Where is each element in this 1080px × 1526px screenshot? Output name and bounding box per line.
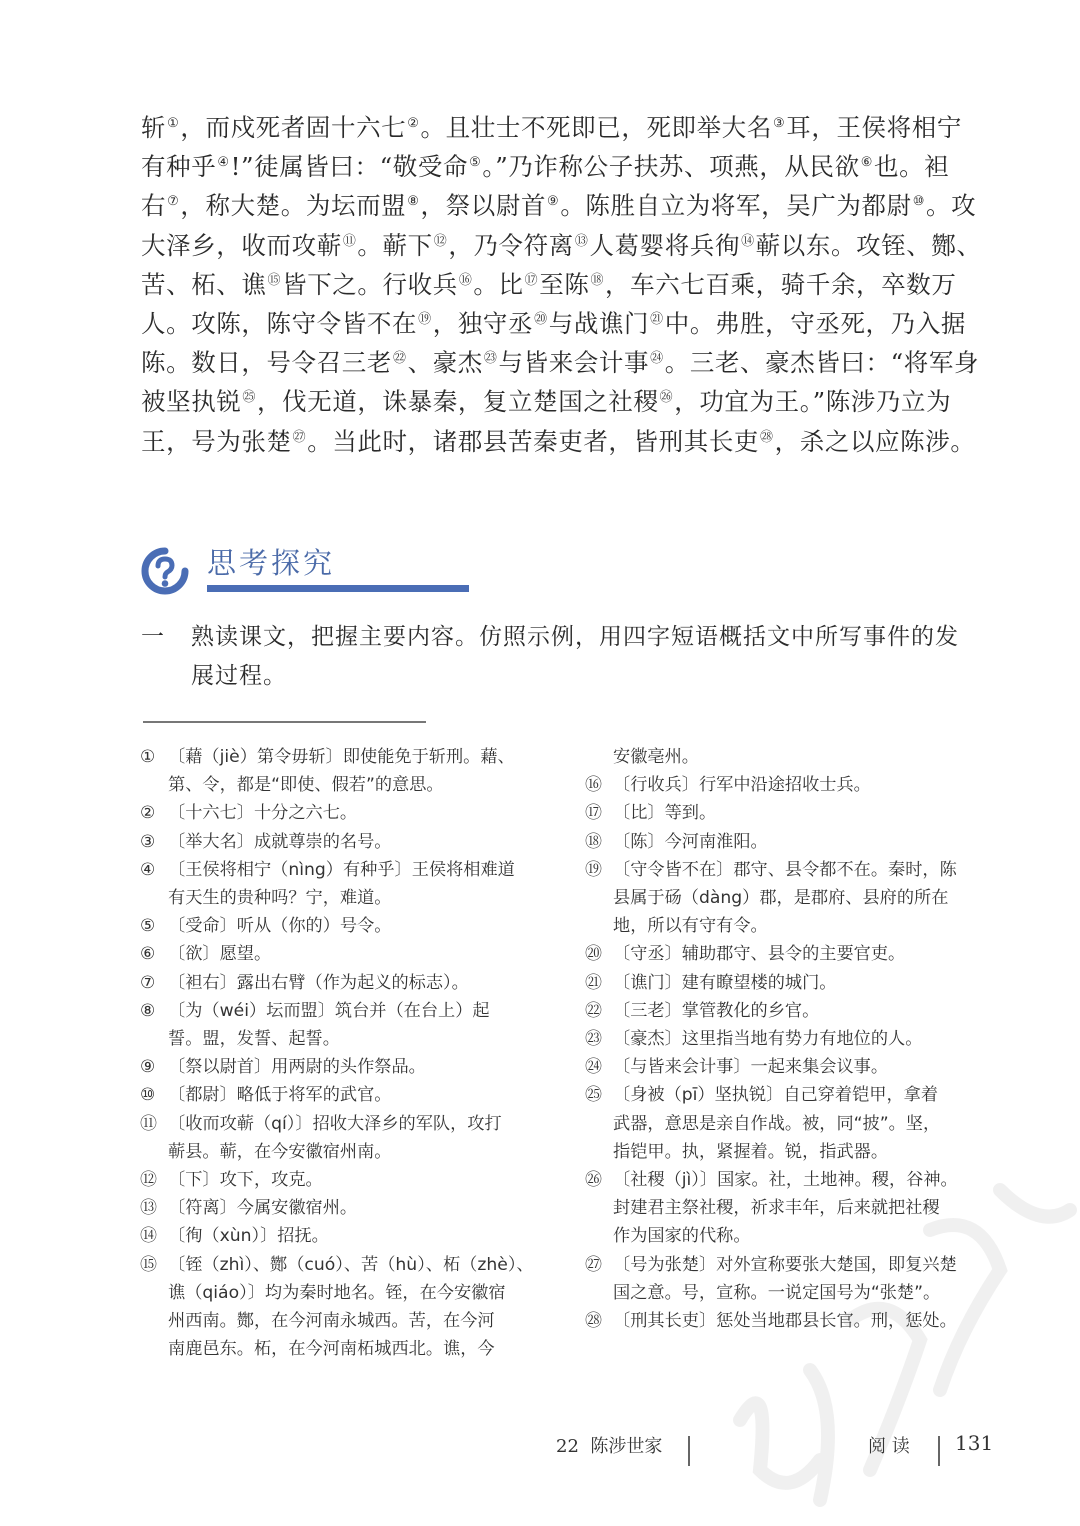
footnote-number: ⑦ bbox=[140, 969, 155, 997]
footnote-line: 〔刑其长吏〕惩处当地郡县长官。刑，惩处。 bbox=[613, 1307, 995, 1335]
footnote-line: 地，所以有守有令。 bbox=[613, 912, 995, 940]
footnote-line: 〔三老〕掌管教化的乡官。 bbox=[613, 997, 995, 1025]
footnote-item: ⑥〔欲〕愿望。 bbox=[140, 940, 550, 968]
passage-text: 有种乎 bbox=[141, 152, 216, 181]
footnote-line: 〔祭以尉首〕用两尉的头作祭品。 bbox=[168, 1053, 550, 1081]
passage-text: 大泽乡，收而攻蕲 bbox=[141, 231, 342, 260]
passage-text: 陈。数日，号令召三老 bbox=[141, 348, 392, 377]
footnote-line: 〔为（wéi）坛而盟〕筑台并（在台上）起 bbox=[168, 997, 550, 1025]
footnote-number: ⑧ bbox=[140, 997, 155, 1025]
footnote-number: ⑩ bbox=[140, 1081, 155, 1109]
footnote-line: 〔举大名〕成就尊崇的名号。 bbox=[168, 828, 550, 856]
passage-line: 有种乎④!”徒属皆曰：“敬受命⑤。”乃诈称公子扶苏、项燕，从民欲⑥也。袒 bbox=[141, 147, 987, 186]
footnote-number: ⑰ bbox=[585, 799, 602, 827]
footnote-number: ⑤ bbox=[140, 912, 155, 940]
passage-text: 。且壮士不死即已，死即举大名 bbox=[421, 113, 772, 142]
footnote-line: 〔王侯将相宁（nìng）有种乎〕王侯将相难道 bbox=[168, 856, 550, 884]
footnote-item: ⑤〔受命〕听从（你的）号令。 bbox=[140, 912, 550, 940]
footnote-marker[interactable]: ㉗ bbox=[293, 430, 307, 445]
passage-text: 右 bbox=[141, 191, 166, 220]
footnote-marker[interactable]: ⑭ bbox=[741, 234, 755, 249]
footnote-number: ⑲ bbox=[585, 856, 602, 884]
footnote-number: ㉘ bbox=[585, 1307, 602, 1335]
footnote-number: ⑬ bbox=[140, 1194, 157, 1222]
footnote-line: 〔比〕等到。 bbox=[613, 799, 995, 827]
footnote-line: 州西南。酂，在今河南永城西。苦，在今河 bbox=[168, 1307, 550, 1335]
passage-text: 皆下之。行收兵 bbox=[282, 270, 458, 299]
passage-text: 。”乃诈称公子扶苏、项燕，从民欲 bbox=[482, 152, 859, 181]
section-header: 思考探究 bbox=[141, 541, 341, 597]
footnote-line: 〔符离〕今属安徽宿州。 bbox=[168, 1194, 550, 1222]
footnote-marker[interactable]: ⑤ bbox=[469, 155, 481, 170]
passage-text: ，乃令符离 bbox=[448, 231, 574, 260]
footnote-item: ㉔〔与皆来会计事〕一起来集会议事。 bbox=[585, 1053, 995, 1081]
footnote-item: ⑫〔下〕攻下，攻克。 bbox=[140, 1166, 550, 1194]
footnote-marker[interactable]: ⑱ bbox=[590, 273, 604, 288]
footnote-marker[interactable]: ③ bbox=[773, 116, 785, 131]
footnote-marker[interactable]: ⑥ bbox=[861, 155, 873, 170]
footnote-number: ⑪ bbox=[140, 1110, 157, 1138]
footnote-line: 〔与皆来会计事〕一起来集会议事。 bbox=[613, 1053, 995, 1081]
footer-divider-right bbox=[938, 1436, 940, 1466]
footnotes-right-column: 安徽亳州。⑯〔行收兵〕行军中沿途招收士兵。⑰〔比〕等到。⑱〔陈〕今河南淮阳。⑲〔… bbox=[585, 743, 995, 1335]
footnote-line: 〔社稷（jì）〕国家。社，土地神。稷，谷神。 bbox=[613, 1166, 995, 1194]
main-passage: 斩①，而戍死者固十六七②。且壮士不死即已，死即举大名③耳，王侯将相宁有种乎④!”… bbox=[141, 108, 987, 461]
footnote-number: ㉑ bbox=[585, 969, 602, 997]
passage-line: 大泽乡，收而攻蕲⑪。蕲下⑫，乃令符离⑬人葛婴将兵徇⑭蕲以东。攻铚、酂、 bbox=[141, 226, 987, 265]
footnote-number: ④ bbox=[140, 856, 155, 884]
footer-lesson-title: 22 陈涉世家 bbox=[556, 1432, 662, 1458]
footnote-number: ㉕ bbox=[585, 1081, 602, 1109]
footnote-item: ⑩〔都尉〕略低于将军的武官。 bbox=[140, 1081, 550, 1109]
footnote-number: ㉖ bbox=[585, 1166, 602, 1194]
passage-text: 。蕲下 bbox=[357, 231, 432, 260]
footnote-marker[interactable]: ⑦ bbox=[167, 194, 179, 209]
passage-line: 右⑦，称大楚。为坛而盟⑧，祭以尉首⑨。陈胜自立为将军，吴广为都尉⑩。攻 bbox=[141, 186, 987, 225]
footnote-item: ⑦〔袒右〕露出右臂（作为起义的标志）。 bbox=[140, 969, 550, 997]
footnote-number: ⑮ bbox=[140, 1251, 157, 1279]
footnote-number: ㉒ bbox=[585, 997, 602, 1025]
passage-text: 人。攻陈，陈守令皆不在 bbox=[141, 309, 417, 338]
footnote-line: 〔号为张楚〕对外宣称要张大楚国，即复兴楚 bbox=[613, 1251, 995, 1279]
footnote-marker[interactable]: ① bbox=[167, 116, 179, 131]
footnote-line: 〔袒右〕露出右臂（作为起义的标志）。 bbox=[168, 969, 550, 997]
footnote-line: 〔徇（xùn）〕招抚。 bbox=[168, 1222, 550, 1250]
footnote-divider bbox=[143, 721, 426, 723]
footnote-item: ④〔王侯将相宁（nìng）有种乎〕王侯将相难道有天生的贵种吗？宁，难道。 bbox=[140, 856, 550, 912]
footnote-marker[interactable]: ② bbox=[407, 116, 419, 131]
footnote-item: ②〔十六七〕十分之六七。 bbox=[140, 799, 550, 827]
footnote-item: ㉓〔豪杰〕这里指当地有势力有地位的人。 bbox=[585, 1025, 995, 1053]
footnote-item: ③〔举大名〕成就尊崇的名号。 bbox=[140, 828, 550, 856]
footnote-item: ㉑〔谯门〕建有瞭望楼的城门。 bbox=[585, 969, 995, 997]
passage-text: 也。袒 bbox=[874, 152, 949, 181]
passage-text: 。陈胜自立为将军，吴广为都尉 bbox=[560, 191, 911, 220]
footnote-item: ㉘〔刑其长吏〕惩处当地郡县长官。刑，惩处。 bbox=[585, 1307, 995, 1335]
footnote-line: 〔陈〕今河南淮阳。 bbox=[613, 828, 995, 856]
footnote-number: ㉓ bbox=[585, 1025, 602, 1053]
footnote-number: ⑭ bbox=[140, 1222, 157, 1250]
footnote-marker[interactable]: ㉑ bbox=[650, 312, 664, 327]
footnote-line: 南鹿邑东。柘，在今河南柘城西北。谯，今 bbox=[168, 1335, 550, 1363]
footnote-number: ⑥ bbox=[140, 940, 155, 968]
footnote-line: 安徽亳州。 bbox=[613, 743, 995, 771]
footer-divider-left bbox=[688, 1436, 690, 1466]
passage-text: 耳，王侯将相宁 bbox=[786, 113, 962, 142]
footnote-marker[interactable]: ⑬ bbox=[575, 234, 589, 249]
footnote-marker[interactable]: ⑲ bbox=[418, 312, 432, 327]
footnote-number: ⑨ bbox=[140, 1053, 155, 1081]
passage-text: 中。弗胜，守丞死，乃入据 bbox=[665, 309, 966, 338]
footnote-marker[interactable]: ⑳ bbox=[534, 312, 548, 327]
passage-text: 与战谯门 bbox=[549, 309, 649, 338]
passage-text: 与皆来会计事 bbox=[499, 348, 650, 377]
question-circle-icon bbox=[141, 547, 189, 595]
passage-text: 被坚执锐 bbox=[141, 387, 241, 416]
passage-line: 被坚执锐㉕，伐无道，诛暴秦，复立楚国之社稷㉖，功宜为王。”陈涉乃立为 bbox=[141, 382, 987, 421]
passage-text: ，伐无道，诛暴秦，复立楚国之社稷 bbox=[257, 387, 659, 416]
footnote-number: ① bbox=[140, 743, 155, 771]
question-text: 熟读课文，把握主要内容。仿照示例，用四字短语概括文中所写事件的发 展过程。 bbox=[191, 618, 991, 696]
passage-line: 人。攻陈，陈守令皆不在⑲，独守丞⑳与战谯门㉑中。弗胜，守丞死，乃入据 bbox=[141, 304, 987, 343]
passage-line: 陈。数日，号令召三老㉒、豪杰㉓与皆来会计事㉔。三老、豪杰皆曰：“将军身 bbox=[141, 343, 987, 382]
footnote-line: 〔谯门〕建有瞭望楼的城门。 bbox=[613, 969, 995, 997]
footnote-line: 蕲县。蕲，在今安徽宿州南。 bbox=[168, 1138, 550, 1166]
footnote-number: ③ bbox=[140, 828, 155, 856]
passage-text: 至陈 bbox=[539, 270, 589, 299]
section-title: 思考探究 bbox=[207, 541, 335, 582]
footnote-item: ⑯〔行收兵〕行军中沿途招收士兵。 bbox=[585, 771, 995, 799]
footnote-line: 〔身被（pī）坚执锐〕自己穿着铠甲，拿着 bbox=[613, 1081, 995, 1109]
footnote-line: 〔铚（zhì）、酂（cuó）、苦（hù）、柘（zhè）、 bbox=[168, 1251, 550, 1279]
footnote-line: 〔行收兵〕行军中沿途招收士兵。 bbox=[613, 771, 995, 799]
footnote-marker[interactable]: ⑧ bbox=[407, 194, 419, 209]
question-line: 展过程。 bbox=[191, 657, 991, 696]
passage-text: ，称大楚。为坛而盟 bbox=[180, 191, 406, 220]
footnote-marker[interactable]: ⑫ bbox=[434, 234, 448, 249]
footnote-line: 指铠甲。执，紧握着。锐，指武器。 bbox=[613, 1138, 995, 1166]
footnote-line: 第、令，都是“即使、假若”的意思。 bbox=[168, 771, 550, 799]
footnote-marker[interactable]: ⑨ bbox=[547, 194, 559, 209]
passage-text: 。三老、豪杰皆曰：“将军身 bbox=[665, 348, 979, 377]
passage-text: ，而戍死者固十六七 bbox=[180, 113, 406, 142]
footnote-line: 〔都尉〕略低于将军的武官。 bbox=[168, 1081, 550, 1109]
passage-text: 。攻 bbox=[926, 191, 976, 220]
footnote-item: ⑭〔徇（xùn）〕招抚。 bbox=[140, 1222, 550, 1250]
footnote-item: ⑪〔收而攻蕲（qí）〕招收大泽乡的军队，攻打蕲县。蕲，在今安徽宿州南。 bbox=[140, 1110, 550, 1166]
footnote-line: 有天生的贵种吗？宁，难道。 bbox=[168, 884, 550, 912]
footnote-item: ⑳〔守丞〕辅助郡守、县令的主要官吏。 bbox=[585, 940, 995, 968]
footnote-item: ㉒〔三老〕掌管教化的乡官。 bbox=[585, 997, 995, 1025]
footnote-line: 〔守丞〕辅助郡守、县令的主要官吏。 bbox=[613, 940, 995, 968]
footnote-item: ①〔藉（jiè）第令毋斩〕即使能免于斩刑。藉、第、令，都是“即使、假若”的意思。 bbox=[140, 743, 550, 799]
footnote-item: ㉕〔身被（pī）坚执锐〕自己穿着铠甲，拿着武器，意思是亲自作战。被，同“披”。坚… bbox=[585, 1081, 995, 1166]
footnote-number: ⑫ bbox=[140, 1166, 157, 1194]
page-number: 131 bbox=[955, 1431, 993, 1455]
footnotes-left-column: ①〔藉（jiè）第令毋斩〕即使能免于斩刑。藉、第、令，都是“即使、假若”的意思。… bbox=[140, 743, 550, 1363]
footnote-line: 誓。盟，发誓、起誓。 bbox=[168, 1025, 550, 1053]
footnote-marker[interactable]: ⑩ bbox=[913, 194, 925, 209]
footnote-item: ⑰〔比〕等到。 bbox=[585, 799, 995, 827]
passage-text: ，车六七百乘，骑千余，卒数万 bbox=[605, 270, 956, 299]
footnote-number: ㉔ bbox=[585, 1053, 602, 1081]
footnote-line: 作为国家的代称。 bbox=[613, 1222, 995, 1250]
passage-text: !”徒属皆曰：“敬受命 bbox=[231, 152, 469, 181]
passage-text: 苦、柘、谯 bbox=[141, 270, 267, 299]
footnote-line: 谯（qiáo）〕均为秦时地名。铚，在今安徽宿 bbox=[168, 1279, 550, 1307]
footnote-number: ⑯ bbox=[585, 771, 602, 799]
footnote-number: ⑳ bbox=[585, 940, 602, 968]
footnote-marker[interactable]: ㉓ bbox=[484, 351, 498, 366]
passage-text: 。比 bbox=[473, 270, 523, 299]
footnote-item: ⑨〔祭以尉首〕用两尉的头作祭品。 bbox=[140, 1053, 550, 1081]
passage-text: 斩 bbox=[141, 113, 166, 142]
footnote-item: ⑬〔符离〕今属安徽宿州。 bbox=[140, 1194, 550, 1222]
passage-text: 蕲以东。攻铚、酂、 bbox=[756, 231, 982, 260]
footnote-line: 〔豪杰〕这里指当地有势力有地位的人。 bbox=[613, 1025, 995, 1053]
section-title-underline bbox=[207, 585, 469, 592]
footnote-line: 〔十六七〕十分之六七。 bbox=[168, 799, 550, 827]
footnote-item: ㉖〔社稷（jì）〕国家。社，土地神。稷，谷神。封建君主祭社稷，祈求丰年，后来就把… bbox=[585, 1166, 995, 1251]
passage-text: 人葛婴将兵徇 bbox=[589, 231, 740, 260]
passage-text: 、豪杰 bbox=[408, 348, 483, 377]
footnote-number: ⑱ bbox=[585, 828, 602, 856]
passage-text: 。当此时，诸郡县苦秦吏者，皆刑其长吏 bbox=[307, 427, 759, 456]
passage-text: ，功宜为王。”陈涉乃立为 bbox=[674, 387, 951, 416]
footnote-marker[interactable]: ㉖ bbox=[660, 390, 674, 405]
footnote-item: ⑲〔守令皆不在〕郡守、县令都不在。秦时，陈县属于砀（dàng）郡，是郡府、县府的… bbox=[585, 856, 995, 941]
passage-text: 王，号为张楚 bbox=[141, 427, 292, 456]
footer-unit: 阅 读 bbox=[868, 1432, 910, 1458]
footnote-marker[interactable]: ⑰ bbox=[525, 273, 539, 288]
passage-line: 王，号为张楚㉗。当此时，诸郡县苦秦吏者，皆刑其长吏㉘，杀之以应陈涉。 bbox=[141, 422, 987, 461]
footnote-item: ⑮〔铚（zhì）、酂（cuó）、苦（hù）、柘（zhè）、谯（qiáo）〕均为秦… bbox=[140, 1251, 550, 1364]
footnote-marker[interactable]: ⑪ bbox=[343, 234, 357, 249]
footnote-item: ⑧〔为（wéi）坛而盟〕筑台并（在台上）起誓。盟，发誓、起誓。 bbox=[140, 997, 550, 1053]
footnote-line: 〔欲〕愿望。 bbox=[168, 940, 550, 968]
footnote-line: 〔受命〕听从（你的）号令。 bbox=[168, 912, 550, 940]
footnote-line: 封建君主祭社稷，祈求丰年，后来就把社稷 bbox=[613, 1194, 995, 1222]
footnote-marker[interactable]: ㉔ bbox=[650, 351, 664, 366]
footnote-number: ② bbox=[140, 799, 155, 827]
footnote-line: 国之意。号，宣称。一说定国号为“张楚”。 bbox=[613, 1279, 995, 1307]
passage-text: ，独守丞 bbox=[433, 309, 533, 338]
footnote-marker[interactable]: ㉒ bbox=[393, 351, 407, 366]
passage-line: 斩①，而戍死者固十六七②。且壮士不死即已，死即举大名③耳，王侯将相宁 bbox=[141, 108, 987, 147]
passage-text: ，杀之以应陈涉。 bbox=[775, 427, 976, 456]
footnote-marker[interactable]: ⑯ bbox=[459, 273, 473, 288]
footnote-item: ⑱〔陈〕今河南淮阳。 bbox=[585, 828, 995, 856]
footnote-item: ㉗〔号为张楚〕对外宣称要张大楚国，即复兴楚国之意。号，宣称。一说定国号为“张楚”… bbox=[585, 1251, 995, 1307]
footnote-number: ㉗ bbox=[585, 1251, 602, 1279]
footnote-line: 〔藉（jiè）第令毋斩〕即使能免于斩刑。藉、 bbox=[168, 743, 550, 771]
passage-text: ，祭以尉首 bbox=[421, 191, 547, 220]
footnote-line: 武器，意思是亲自作战。被，同“披”。坚， bbox=[613, 1110, 995, 1138]
footnote-marker[interactable]: ⑮ bbox=[268, 273, 282, 288]
footnote-line: 县属于砀（dàng）郡，是郡府、县府的所在 bbox=[613, 884, 995, 912]
footnote-marker[interactable]: ㉕ bbox=[242, 390, 256, 405]
footnote-line: 〔守令皆不在〕郡守、县令都不在。秦时，陈 bbox=[613, 856, 995, 884]
question-number: 一 bbox=[141, 618, 165, 657]
footnote-item: 安徽亳州。 bbox=[585, 743, 995, 771]
footnote-line: 〔下〕攻下，攻克。 bbox=[168, 1166, 550, 1194]
footnote-line: 〔收而攻蕲（qí）〕招收大泽乡的军队，攻打 bbox=[168, 1110, 550, 1138]
question-line: 熟读课文，把握主要内容。仿照示例，用四字短语概括文中所写事件的发 bbox=[191, 618, 991, 657]
passage-line: 苦、柘、谯⑮皆下之。行收兵⑯。比⑰至陈⑱，车六七百乘，骑千余，卒数万 bbox=[141, 265, 987, 304]
footnote-marker[interactable]: ④ bbox=[217, 155, 229, 170]
footnote-marker[interactable]: ㉘ bbox=[760, 430, 774, 445]
